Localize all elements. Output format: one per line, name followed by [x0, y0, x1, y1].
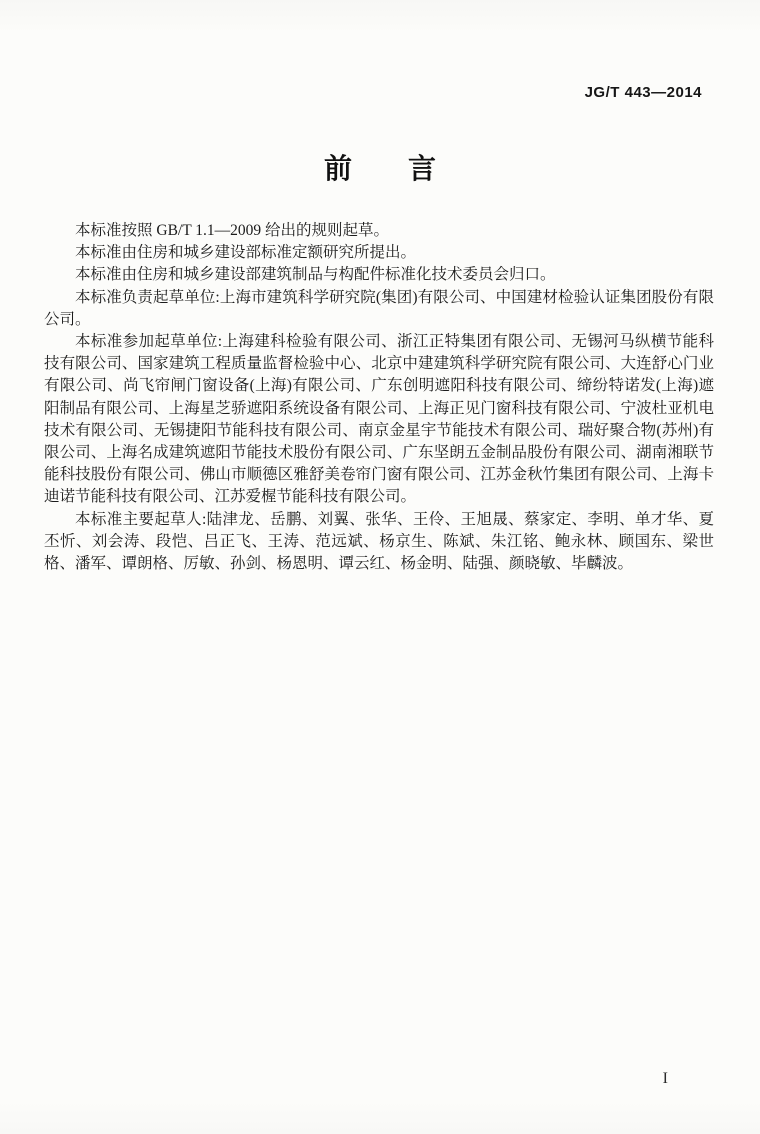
foreword-paragraph-centralized-by: 本标准由住房和城乡建设部建筑制品与构配件标准化技术委员会归口。 — [44, 264, 714, 286]
page-title: 前 言 — [0, 147, 760, 187]
page-number: I — [663, 1070, 668, 1088]
foreword-paragraph-proposed-by: 本标准由住房和城乡建设部标准定额研究所提出。 — [44, 242, 714, 264]
standard-code-header: JG/T 443—2014 — [585, 84, 702, 101]
page-title-char-left: 前 — [324, 147, 352, 187]
document-page: JG/T 443—2014 前 言 本标准按照 GB/T 1.1—2009 给出… — [0, 0, 760, 1134]
page-title-char-right: 言 — [408, 147, 436, 187]
foreword-body: 本标准按照 GB/T 1.1—2009 给出的规则起草。 本标准由住房和城乡建设… — [44, 220, 714, 575]
foreword-paragraph-participating-organizations: 本标准参加起草单位:上海建科检验有限公司、浙江正特集团有限公司、无锡河马纵横节能… — [44, 331, 714, 509]
foreword-paragraph-chief-drafters: 本标准主要起草人:陆津龙、岳鹏、刘翼、张华、王伶、王旭晟、蔡家定、李明、单才华、… — [44, 509, 714, 576]
foreword-paragraph-drafting-rule: 本标准按照 GB/T 1.1—2009 给出的规则起草。 — [44, 220, 714, 242]
foreword-paragraph-chief-drafting-organizations: 本标准负责起草单位:上海市建筑科学研究院(集团)有限公司、中国建材检验认证集团股… — [44, 287, 714, 331]
